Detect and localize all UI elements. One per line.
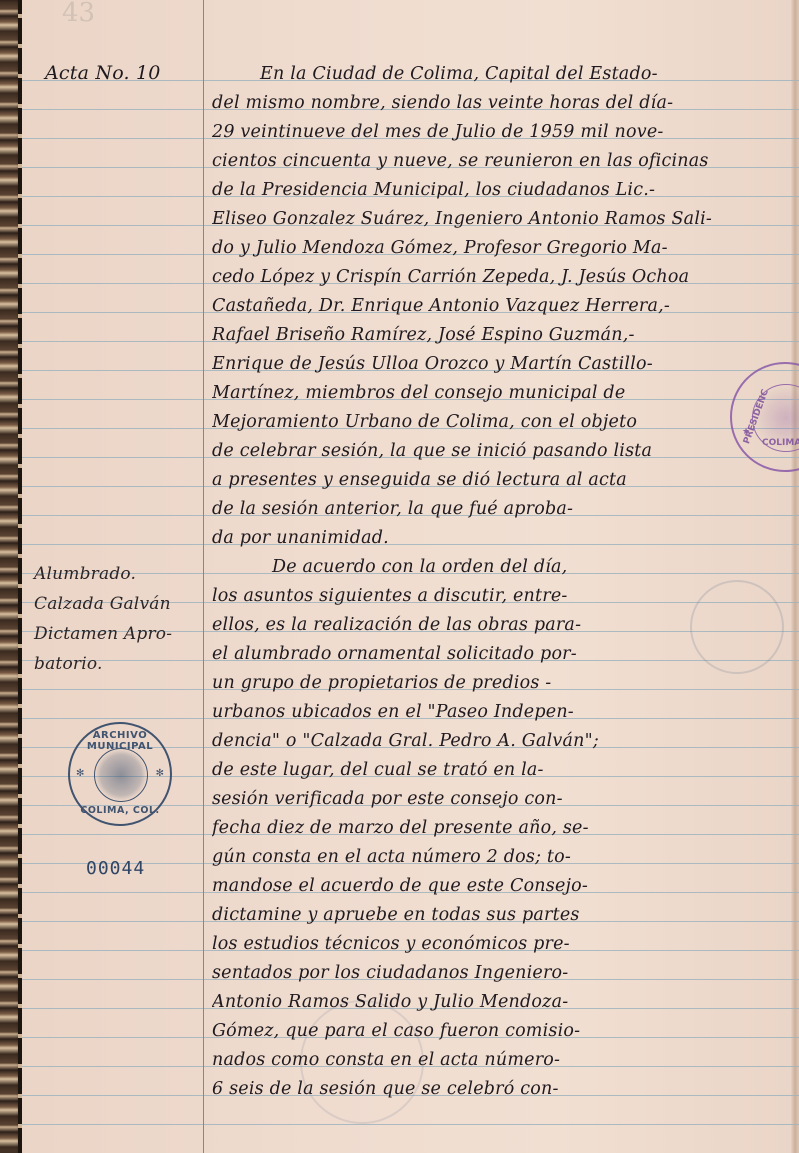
page-edge bbox=[791, 0, 799, 1153]
body-line: De acuerdo con la orden del día, bbox=[212, 557, 787, 577]
stamp-seal-icon bbox=[94, 748, 148, 802]
body-line: nados como consta en el acta número- bbox=[212, 1050, 787, 1070]
body-line: Rafael Briseño Ramírez, José Espino Guzm… bbox=[212, 325, 787, 345]
margin-note: Calzada Galván bbox=[34, 594, 171, 614]
archivo-municipal-stamp: ARCHIVO MUNICIPAL ✻ ✻ COLIMA, COL. bbox=[68, 722, 172, 826]
body-line: 29 veintinueve del mes de Julio de 1959 … bbox=[212, 122, 787, 142]
ruled-line bbox=[22, 1124, 799, 1125]
body-line: Martínez, miembros del consejo municipal… bbox=[212, 383, 787, 403]
body-line: de la Presidencia Municipal, los ciudada… bbox=[212, 180, 787, 200]
folio-number: 00044 bbox=[86, 858, 145, 879]
body-line: cedo López y Crispín Carrión Zepeda, J. … bbox=[212, 267, 787, 287]
stamp-bottom-text: COLIMA bbox=[762, 438, 799, 448]
body-line: el alumbrado ornamental solicitado por- bbox=[212, 644, 787, 664]
margin-note: Dictamen Apro- bbox=[34, 624, 172, 644]
body-line: sentados por los ciudadanos Ingeniero- bbox=[212, 963, 787, 983]
body-line: de este lugar, del cual se trató en la- bbox=[212, 760, 787, 780]
stamp-star-icon: ★ bbox=[742, 426, 750, 437]
body-line: Antonio Ramos Salido y Julio Mendoza- bbox=[212, 992, 787, 1012]
body-line: a presentes y enseguida se dió lectura a… bbox=[212, 470, 787, 490]
margin-note: batorio. bbox=[34, 654, 103, 674]
red-margin-line bbox=[203, 0, 204, 1153]
body-line: sesión verificada por este consejo con- bbox=[212, 789, 787, 809]
body-line: Eliseo Gonzalez Suárez, Ingeniero Antoni… bbox=[212, 209, 787, 229]
body-line: de celebrar sesión, la que se inició pas… bbox=[212, 441, 787, 461]
body-line: urbanos ubicados en el "Paseo Indepen- bbox=[212, 702, 787, 722]
stamp-star-icon: ✻ bbox=[156, 768, 164, 779]
stamp-star-icon: ✻ bbox=[76, 768, 84, 779]
acta-title: Acta No. 10 bbox=[45, 62, 161, 84]
book-binding bbox=[0, 0, 22, 1153]
body-line: da por unanimidad. bbox=[212, 528, 787, 548]
faded-page-number: 43 bbox=[62, 0, 95, 28]
body-line: ellos, es la realización de las obras pa… bbox=[212, 615, 787, 635]
body-line: de la sesión anterior, la que fué aproba… bbox=[212, 499, 787, 519]
body-line: dictamine y apruebe en todas sus partes bbox=[212, 905, 787, 925]
body-line: Gómez, que para el caso fueron comisio- bbox=[212, 1021, 787, 1041]
body-line: Enrique de Jesús Ulloa Orozco y Martín C… bbox=[212, 354, 787, 374]
body-line: do y Julio Mendoza Gómez, Profesor Grego… bbox=[212, 238, 787, 258]
stamp-bottom-text: COLIMA, COL. bbox=[70, 805, 170, 816]
body-line: Castañeda, Dr. Enrique Antonio Vazquez H… bbox=[212, 296, 787, 316]
body-line: los asuntos siguientes a discutir, entre… bbox=[212, 586, 787, 606]
body-line: del mismo nombre, siendo las veinte hora… bbox=[212, 93, 787, 113]
body-line: fecha diez de marzo del presente año, se… bbox=[212, 818, 787, 838]
body-line: los estudios técnicos y económicos pre- bbox=[212, 934, 787, 954]
body-line: En la Ciudad de Colima, Capital del Esta… bbox=[212, 64, 787, 84]
body-line: dencia" o "Calzada Gral. Pedro A. Galván… bbox=[212, 731, 787, 751]
margin-note: Alumbrado. bbox=[34, 564, 136, 584]
body-line: Mejoramiento Urbano de Colima, con el ob… bbox=[212, 412, 787, 432]
body-line: mandose el acuerdo de que este Consejo- bbox=[212, 876, 787, 896]
body-line: gún consta en el acta número 2 dos; to- bbox=[212, 847, 787, 867]
body-line: 6 seis de la sesión que se celebró con- bbox=[212, 1079, 787, 1099]
ledger-page: 43 Acta No. 10 En la Ciudad de Colima, C… bbox=[0, 0, 799, 1153]
body-line: un grupo de propietarios de predios - bbox=[212, 673, 787, 693]
body-line: cientos cincuenta y nueve, se reunieron … bbox=[212, 151, 787, 171]
